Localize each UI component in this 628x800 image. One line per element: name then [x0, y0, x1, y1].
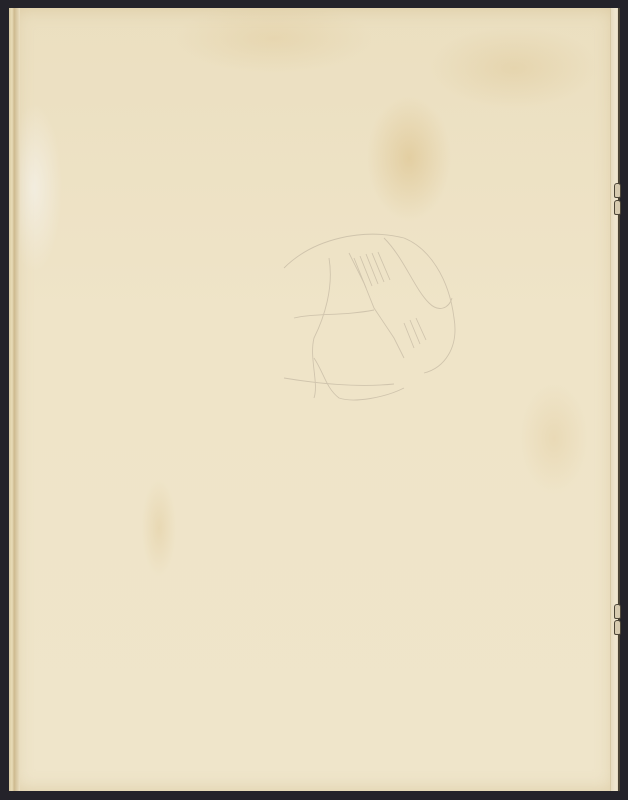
scanned-page — [0, 0, 628, 800]
album-page — [14, 8, 614, 791]
binding-edge — [618, 8, 620, 791]
pencil-sketch — [254, 198, 484, 418]
binder-clip-icon — [614, 183, 621, 198]
binder-clip-icon — [614, 604, 621, 619]
binder-clip-icon — [614, 620, 621, 635]
binder-clip-icon — [614, 200, 621, 215]
